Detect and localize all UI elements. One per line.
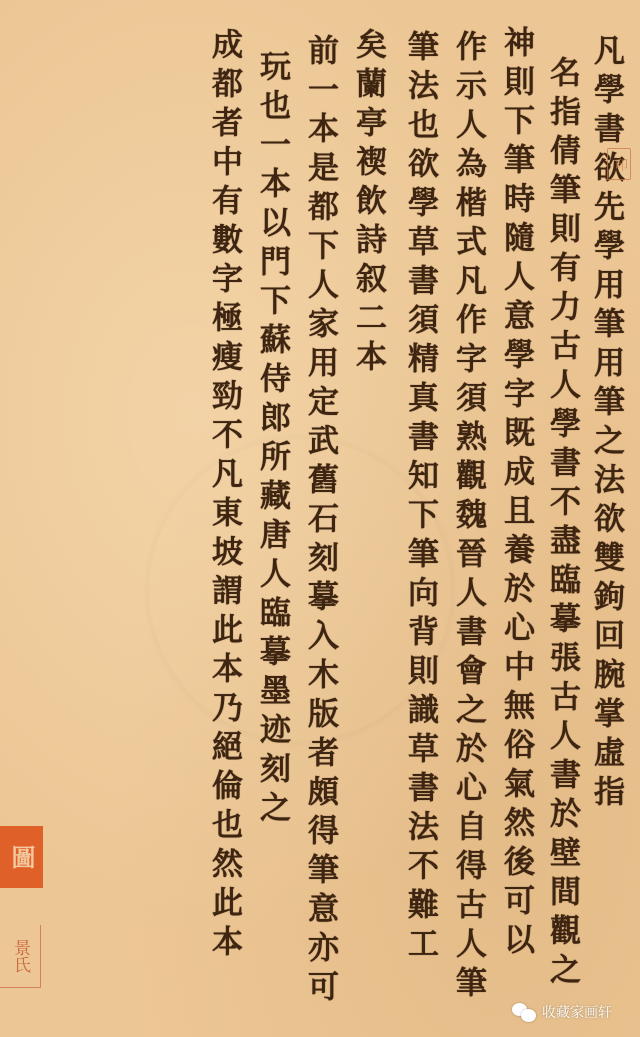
calligraphy-column-2: 名指倩筆則有力古人學書不盡臨摹張古人書於壁間觀之 [540, 56, 584, 992]
calligraphy-column-4: 作示人為楷式凡作字須熟觀魏晉人書會之於心自得古人筆 [446, 30, 490, 1005]
calligraphy-column-3: 神則下筆時隨人意學字既成且養於心中無俗氣然後可以 [494, 26, 538, 962]
calligraphy-column-5: 筆法也欲學草書須精真書知下筆向背則識草書法不難工 [398, 30, 442, 966]
seal-large-red: 圖 [0, 826, 43, 888]
seal-outline: 景氏 [0, 925, 41, 988]
watermark-text: 收藏家画轩 [542, 1002, 612, 1022]
wechat-icon [512, 1001, 538, 1023]
watermark: 收藏家画轩 [512, 1001, 612, 1023]
calligraphy-column-6: 矣蘭亭褉飲詩叙二本 [346, 28, 390, 379]
calligraphy-column-7: 前一本是都下人家用定武舊石刻摹入木版者頗得筆意亦可 [298, 34, 342, 1009]
calligraphy-column-9: 成都者中有數字極瘦勁不凡東坡謂此本乃絕倫也然此本 [202, 28, 246, 964]
calligraphy-column-8: 玩也一本以門下蘇侍郎所藏唐人臨摹墨迹刻之 [250, 50, 294, 830]
seal-small-top: 印 [607, 148, 631, 180]
calligraphy-artwork: 凡學書欲先學用筆用筆之法欲雙鉤回腕掌虛指 名指倩筆則有力古人學書不盡臨摹張古人書… [0, 0, 640, 1037]
